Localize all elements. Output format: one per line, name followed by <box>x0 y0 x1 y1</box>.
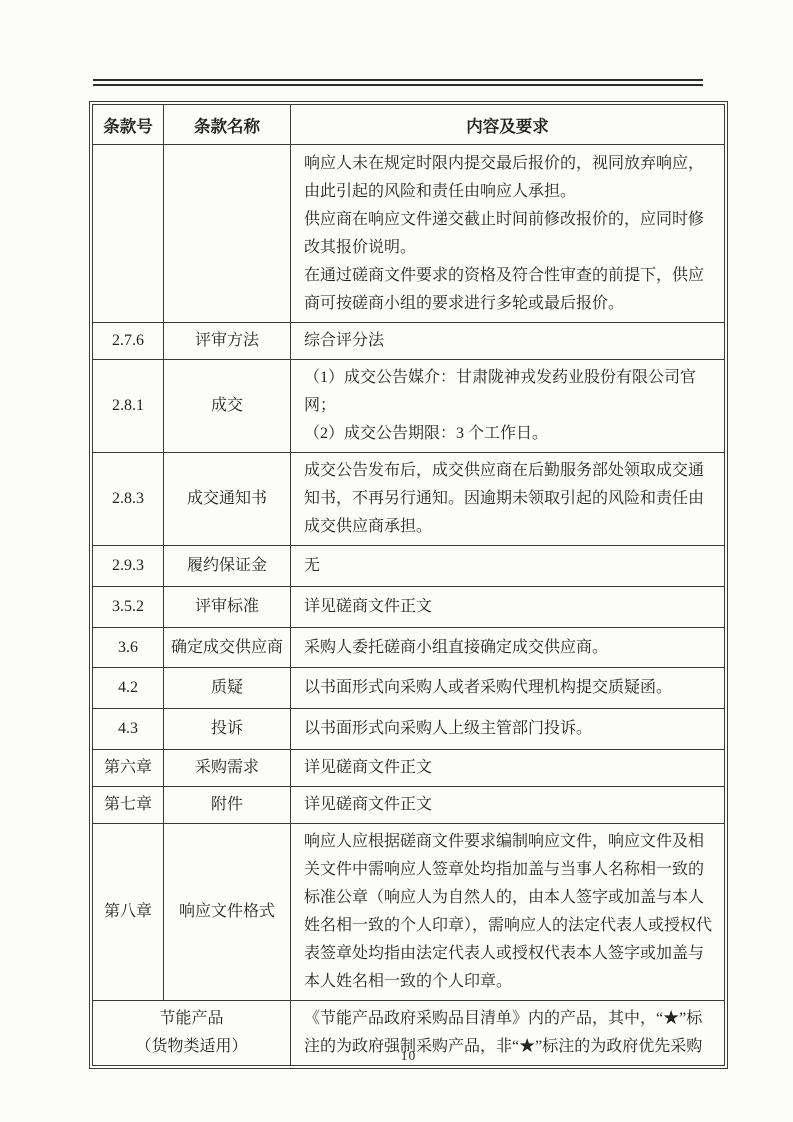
clause-name-cell: 附件 <box>164 787 291 824</box>
merged-label-line-1: 节能产品 <box>95 1005 288 1033</box>
header-cell-clause-no: 条款号 <box>93 105 164 145</box>
clause-content-cell: 以书面形式向采购人或者采购代理机构提交质疑函。 <box>291 668 725 709</box>
clause-no-cell <box>93 145 164 323</box>
clause-no-cell: 第六章 <box>93 750 164 787</box>
clause-no-cell: 2.8.1 <box>93 360 164 453</box>
table-row: 2.8.3 成交通知书 成交公告发布后，成交供应商在后勤服务部处领取成交通知书，… <box>93 453 725 546</box>
content-paragraph: 响应人应根据磋商文件要求编制响应文件，响应文件及相关文件中需响应人签章处均指加盖… <box>304 828 718 996</box>
clause-name-cell: 响应文件格式 <box>164 824 291 1001</box>
clause-content-cell: 以书面形式向采购人上级主管部门投诉。 <box>291 709 725 750</box>
clause-content-cell: 成交公告发布后，成交供应商在后勤服务部处领取成交通知书，不再另行通知。因逾期未领… <box>291 453 725 546</box>
content-paragraph: 无 <box>304 552 718 580</box>
clause-name-cell: 投诉 <box>164 709 291 750</box>
content-paragraph: 以书面形式向采购人或者采购代理机构提交质疑函。 <box>304 674 718 702</box>
content-paragraph: 成交公告发布后，成交供应商在后勤服务部处领取成交通知书，不再另行通知。因逾期未领… <box>304 457 718 541</box>
clause-name-cell <box>164 145 291 323</box>
clause-no-cell: 第七章 <box>93 787 164 824</box>
content-paragraph: 详见磋商文件正文 <box>304 754 718 782</box>
clause-content-cell: 采购人委托磋商小组直接确定成交供应商。 <box>291 628 725 668</box>
clause-name-cell: 确定成交供应商 <box>164 628 291 668</box>
content-paragraph: （1）成交公告媒介：甘肃陇神戎发药业股份有限公司官网； <box>304 364 718 420</box>
clause-name-cell: 质疑 <box>164 668 291 709</box>
clause-content-cell: 详见磋商文件正文 <box>291 750 725 787</box>
content-paragraph: 以书面形式向采购人上级主管部门投诉。 <box>304 715 718 743</box>
header-cell-content: 内容及要求 <box>291 105 725 145</box>
clause-content-cell: 响应人应根据磋商文件要求编制响应文件，响应文件及相关文件中需响应人签章处均指加盖… <box>291 824 725 1001</box>
content-paragraph: 详见磋商文件正文 <box>304 791 718 819</box>
clause-no-cell: 3.6 <box>93 628 164 668</box>
table-row: 3.6 确定成交供应商 采购人委托磋商小组直接确定成交供应商。 <box>93 628 725 668</box>
clause-content-cell: 无 <box>291 546 725 587</box>
clause-name-cell: 成交 <box>164 360 291 453</box>
clause-name-cell: 履约保证金 <box>164 546 291 587</box>
clause-content-cell: 详见磋商文件正文 <box>291 787 725 824</box>
clause-no-cell: 2.7.6 <box>93 323 164 360</box>
clause-content-cell: （1）成交公告媒介：甘肃陇神戎发药业股份有限公司官网； （2）成交公告期限：3 … <box>291 360 725 453</box>
header-double-rule <box>93 79 703 86</box>
clause-content-cell: 响应人未在规定时限内提交最后报价的，视同放弃响应，由此引起的风险和责任由响应人承… <box>291 145 725 323</box>
clause-no-cell: 4.3 <box>93 709 164 750</box>
table-row: 4.3 投诉 以书面形式向采购人上级主管部门投诉。 <box>93 709 725 750</box>
table-row: 2.9.3 履约保证金 无 <box>93 546 725 587</box>
clause-no-cell: 2.9.3 <box>93 546 164 587</box>
content-paragraph: （2）成交公告期限：3 个工作日。 <box>304 420 718 448</box>
clause-no-cell: 第八章 <box>93 824 164 1001</box>
clauses-table: 条款号 条款名称 内容及要求 响应人未在规定时限内提交最后报价的，视同放弃响应，… <box>92 104 725 1066</box>
clause-name-cell: 评审方法 <box>164 323 291 360</box>
table-row: 响应人未在规定时限内提交最后报价的，视同放弃响应，由此引起的风险和责任由响应人承… <box>93 145 725 323</box>
clause-no-cell: 4.2 <box>93 668 164 709</box>
table-row: 第六章 采购需求 详见磋商文件正文 <box>93 750 725 787</box>
clause-name-cell: 采购需求 <box>164 750 291 787</box>
content-paragraph: 详见磋商文件正文 <box>304 593 718 621</box>
table-row: 4.2 质疑 以书面形式向采购人或者采购代理机构提交质疑函。 <box>93 668 725 709</box>
clause-name-cell: 成交通知书 <box>164 453 291 546</box>
clause-content-cell: 详见磋商文件正文 <box>291 587 725 628</box>
table-row: 第八章 响应文件格式 响应人应根据磋商文件要求编制响应文件，响应文件及相关文件中… <box>93 824 725 1001</box>
content-paragraph: 在通过磋商文件要求的资格及符合性审查的前提下，供应商可按磋商小组的要求进行多轮或… <box>304 262 718 318</box>
content-paragraph: 采购人委托磋商小组直接确定成交供应商。 <box>304 634 718 662</box>
content-paragraph: 响应人未在规定时限内提交最后报价的，视同放弃响应，由此引起的风险和责任由响应人承… <box>304 150 718 206</box>
table-header-row: 条款号 条款名称 内容及要求 <box>93 105 725 145</box>
table-row: 2.8.1 成交 （1）成交公告媒介：甘肃陇神戎发药业股份有限公司官网； （2）… <box>93 360 725 453</box>
clause-content-cell: 综合评分法 <box>291 323 725 360</box>
clauses-table-border: 条款号 条款名称 内容及要求 响应人未在规定时限内提交最后报价的，视同放弃响应，… <box>89 101 728 1069</box>
clause-no-cell: 3.5.2 <box>93 587 164 628</box>
table-row: 第七章 附件 详见磋商文件正文 <box>93 787 725 824</box>
page-number: 10 <box>89 1048 728 1064</box>
clause-no-cell: 2.8.3 <box>93 453 164 546</box>
content-paragraph: 综合评分法 <box>304 327 718 355</box>
header-cell-clause-name: 条款名称 <box>164 105 291 145</box>
table-row: 2.7.6 评审方法 综合评分法 <box>93 323 725 360</box>
content-paragraph: 供应商在响应文件递交截止时间前修改报价的，应同时修改其报价说明。 <box>304 206 718 262</box>
clause-name-cell: 评审标准 <box>164 587 291 628</box>
document-page: 条款号 条款名称 内容及要求 响应人未在规定时限内提交最后报价的，视同放弃响应，… <box>0 0 793 1122</box>
table-row: 3.5.2 评审标准 详见磋商文件正文 <box>93 587 725 628</box>
